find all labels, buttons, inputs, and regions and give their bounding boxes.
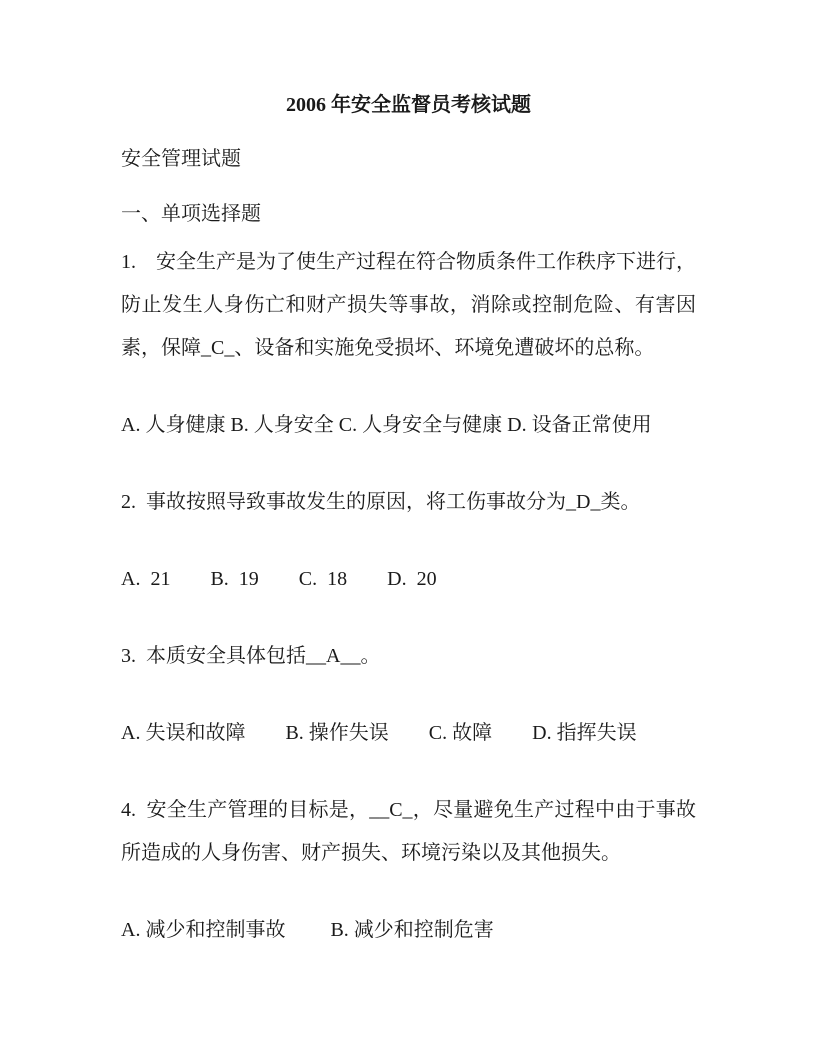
question-3-options: A. 失误和故障 B. 操作失误 C. 故障 D. 指挥失误: [121, 712, 696, 755]
question-3-stem: 3. 本质安全具体包括__A__。: [121, 635, 696, 678]
section-heading: 一、单项选择题: [121, 193, 696, 236]
question-1-stem: 1. 安全生产是为了使生产过程在符合物质条件工作秩序下进行，防止发生人身伤亡和财…: [121, 241, 696, 370]
question-2-options: A. 21 B. 19 C. 18 D. 20: [121, 558, 696, 601]
question-2-stem: 2. 事故按照导致事故发生的原因，将工伤事故分为_D_类。: [121, 481, 696, 524]
question-3: 3. 本质安全具体包括__A__。 A. 失误和故障 B. 操作失误 C. 故障…: [121, 635, 696, 755]
exam-document-page: 2006 年安全监督员考核试题 安全管理试题 一、单项选择题 1. 安全生产是为…: [0, 0, 816, 1056]
question-2: 2. 事故按照导致事故发生的原因，将工伤事故分为_D_类。 A. 21 B. 1…: [121, 481, 696, 601]
question-4-options: A. 减少和控制事故 B. 减少和控制危害: [121, 909, 696, 952]
question-4: 4. 安全生产管理的目标是，__C_，尽量避免生产过程中由于事故所造成的人身伤害…: [121, 789, 696, 952]
question-1: 1. 安全生产是为了使生产过程在符合物质条件工作秩序下进行，防止发生人身伤亡和财…: [121, 241, 696, 447]
document-subtitle: 安全管理试题: [121, 138, 696, 181]
question-1-options: A. 人身健康 B. 人身安全 C. 人身安全与健康 D. 设备正常使用: [121, 404, 696, 447]
document-title: 2006 年安全监督员考核试题: [121, 84, 696, 127]
question-4-stem: 4. 安全生产管理的目标是，__C_，尽量避免生产过程中由于事故所造成的人身伤害…: [121, 789, 696, 875]
